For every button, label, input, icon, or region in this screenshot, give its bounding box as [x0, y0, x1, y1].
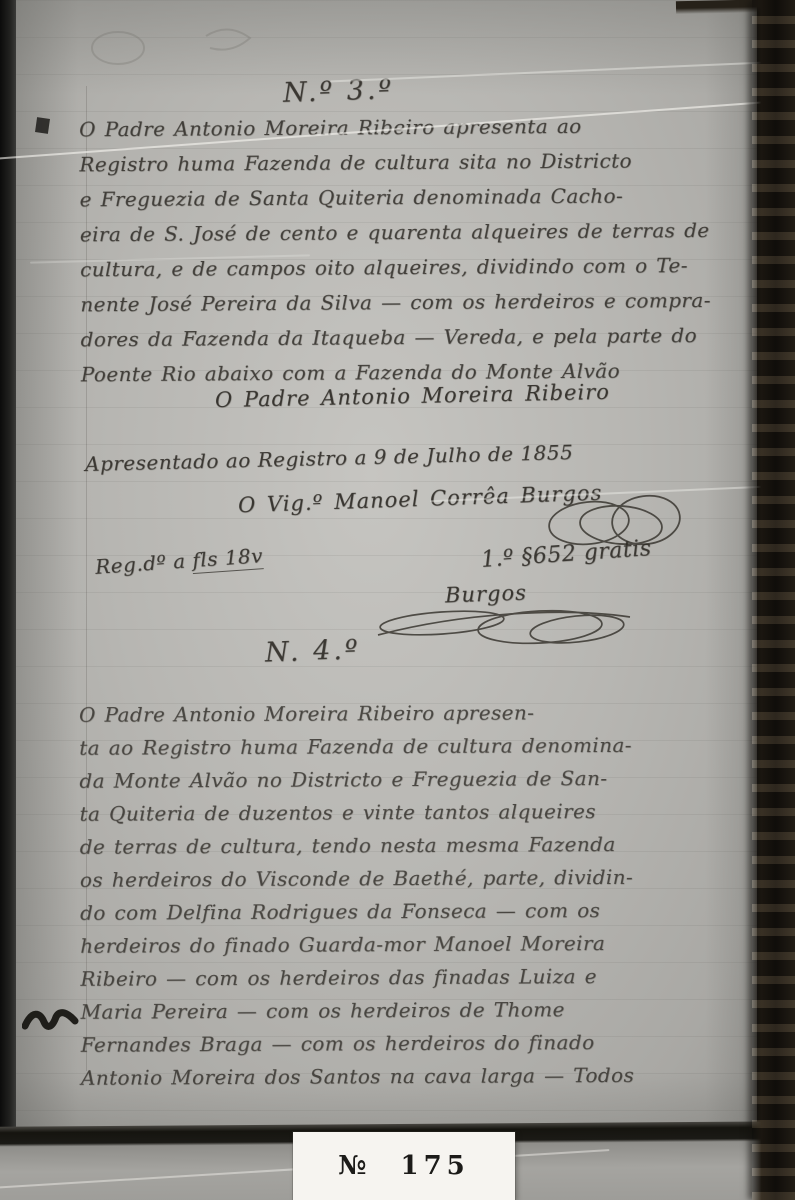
- ink-ghost-marks: [56, 8, 286, 92]
- manuscript-line: O Padre Antonio Moreira Ribeiro apresen-: [79, 695, 747, 731]
- manuscript-line: de terras de cultura, tendo nesta mesma …: [80, 827, 748, 863]
- scan-left-edge: [0, 0, 16, 1200]
- fee-note: 1.º §652 gratis: [480, 536, 652, 573]
- manuscript-line: do com Delfina Rodrigues da Fonseca — co…: [80, 893, 748, 929]
- manuscript-line: Ribeiro — com os herdeiros das finadas L…: [80, 959, 748, 995]
- entry-3-body: O Padre Antonio Moreira Ribeiro apresent…: [79, 108, 746, 393]
- numero-sign: №: [338, 1151, 366, 1181]
- rubric-flourish-icon: [372, 593, 638, 653]
- entry-4-body: O Padre Antonio Moreira Ribeiro apresen-…: [79, 695, 749, 1094]
- paper-sheet: N.º 3.º O Padre Antonio Moreira Ribeiro …: [16, 0, 757, 1131]
- manuscript-line: da Monte Alvão no Districto e Freguezia …: [79, 761, 747, 797]
- page-number: 175: [400, 1151, 469, 1181]
- manuscript-line: Fernandes Braga — com os herdeiros do fi…: [81, 1025, 749, 1061]
- manuscript-line: ta Quiteria de duzentos e vinte tantos a…: [79, 794, 747, 830]
- book-binding: [752, 0, 795, 1200]
- entry-4-heading: N. 4.º: [264, 634, 361, 668]
- ink-blot: [22, 1004, 80, 1040]
- manuscript-line: eira de S. José de cento e quarenta alqu…: [80, 213, 745, 253]
- manuscript-line: Registro huma Fazenda de cultura sita no…: [79, 143, 744, 183]
- manuscript-line: Antonio Moreira dos Santos na cava larga…: [81, 1058, 749, 1094]
- manuscript-line: nente José Pereira da Silva — com os her…: [80, 283, 745, 323]
- manuscript-line: dores da Fazenda da Itaqueba — Vereda, e…: [80, 318, 745, 358]
- manuscript-line: cultura, e de campos oito alqueires, div…: [80, 248, 745, 288]
- registered-folio-note: Reg.dº a fls 18v: [94, 543, 263, 579]
- scanned-registry-page: N.º 3.º O Padre Antonio Moreira Ribeiro …: [0, 0, 795, 1200]
- presentation-note: Apresentado ao Registro a 9 de Julho de …: [85, 440, 574, 476]
- manuscript-line: e Freguezia de Santa Quiteria denominada…: [80, 178, 745, 218]
- manuscript-line: ta ao Registro huma Fazenda de cultura d…: [79, 728, 747, 764]
- registered-folio-value: fls 18v: [192, 543, 264, 574]
- registered-folio-prefix: Reg.dº a: [94, 548, 193, 579]
- manuscript-line: os herdeiros do Visconde de Baethé, part…: [80, 860, 748, 896]
- manuscript-line: Maria Pereira — com os herdeiros de Thom…: [81, 992, 749, 1028]
- page-number-card: № 175: [293, 1132, 515, 1200]
- manuscript-line: herdeiros do finado Guarda-mor Manoel Mo…: [80, 926, 748, 962]
- edge-ink-tick: [35, 117, 50, 134]
